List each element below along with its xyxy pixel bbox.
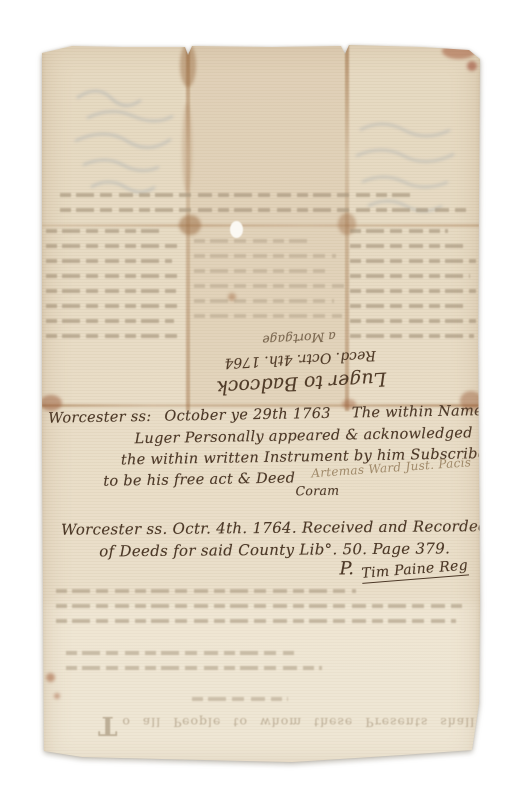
photo-background: T o all People to whom these Presents sh… (0, 0, 529, 800)
document-photo: T o all People to whom these Presents sh… (42, 43, 480, 769)
paper-sheet: T o all People to whom these Presents sh… (42, 43, 480, 769)
paper-edge-vignette (42, 43, 480, 769)
